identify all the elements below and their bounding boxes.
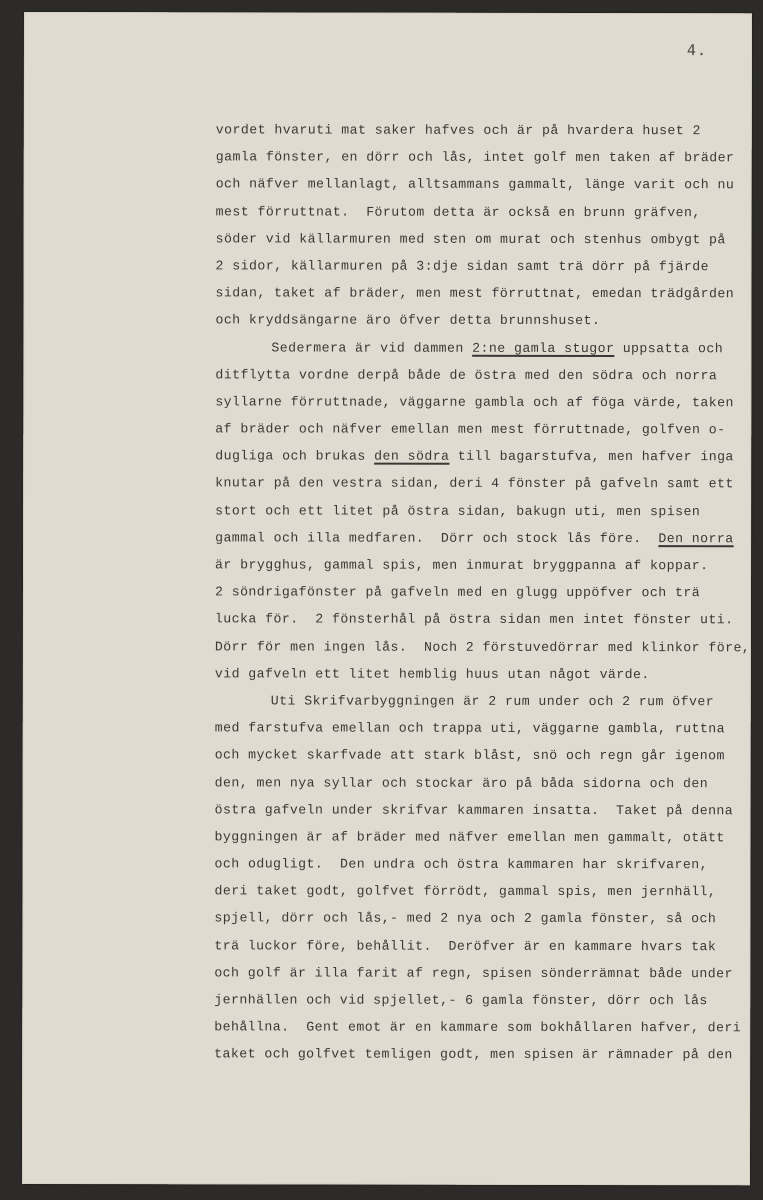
text-line: gamla fönster, en dörr och lås, intet go… [216,144,756,172]
text-line: och odugligt. Den undra och östra kammar… [214,850,754,878]
text-segment: uppsatta och [614,341,723,356]
text-line: 2 söndrigafönster på gafveln med en glug… [215,579,755,607]
text-line: vid gafveln ett litet hemblig huus utan … [215,660,755,688]
page-number: 4. [687,41,707,59]
text-line: den, men nya syllar och stockar äro på b… [215,769,755,797]
text-line: 2 sidor, källarmuren på 3:dje sidan samt… [216,252,756,280]
text-line: och näfver mellanlagt, alltsammans gamma… [216,171,756,199]
typewritten-body: vordet hvaruti mat saker hafves och är p… [214,116,756,1069]
text-line: mest förruttnat. Förutom detta är också … [216,198,756,226]
text-line: taket och golfvet temligen godt, men spi… [214,1041,754,1069]
text-line: byggningen är af bräder med näfver emell… [215,823,755,851]
text-line: östra gafveln under skrifvar kammaren in… [215,796,755,824]
text-line: med farstufva emellan och trappa uti, vä… [215,714,755,742]
text-line: af bräder och näfver emellan men mest fö… [215,415,755,443]
text-line: Dörr för men ingen lås. Noch 2 förstuved… [215,633,755,661]
text-line: ditflytta vordne derpå både de östra med… [215,361,755,389]
text-line: syllarne förruttnade, väggarne gambla oc… [215,388,755,416]
text-segment: gammal och illa medfaren. Dörr och stock… [215,530,658,546]
text-line: trä luckor före, behållit. Deröfver är e… [214,932,754,960]
text-line: jernhällen och vid spjellet,- 6 gamla fö… [214,986,754,1014]
text-line: och golf är illa farit af regn, spisen s… [214,959,754,987]
underlined-phrase: Den norra [658,531,733,546]
text-segment: Sedermera är vid dammen [271,340,472,355]
text-line: vordet hvaruti mat saker hafves och är p… [216,116,756,144]
text-line: lucka för. 2 fönsterhål på östra sidan m… [215,606,755,634]
text-line: dugliga och brukas den södra till bagars… [215,443,755,471]
text-line: är brygghus, gammal spis, men inmurat br… [215,551,755,579]
text-line: stort och ett litet på östra sidan, baku… [215,497,755,525]
scan-background: 4. vordet hvaruti mat saker hafves och ä… [0,0,763,1200]
underlined-phrase: den södra [374,449,449,464]
paragraph-start-line: Sedermera är vid dammen 2:ne gamla stugo… [215,334,755,362]
underlined-phrase: 2:ne gamla stugor [472,340,614,355]
text-line: deri taket godt, golfvet förrödt, gammal… [214,878,754,906]
text-line: gammal och illa medfaren. Dörr och stock… [215,524,755,552]
text-line: knutar på den vestra sidan, deri 4 fönst… [215,470,755,498]
text-line: behållna. Gent emot är en kammare som bo… [214,1014,754,1042]
text-line: söder vid källarmuren med sten om murat … [216,225,756,253]
text-segment: dugliga och brukas [215,449,374,464]
document-page: 4. vordet hvaruti mat saker hafves och ä… [22,12,752,1185]
text-segment: till bagarstufva, men hafver inga [449,449,733,464]
text-line: och mycket skarfvade att stark blåst, sn… [215,742,755,770]
text-line: spjell, dörr och lås,- med 2 nya och 2 g… [214,905,754,933]
text-line: sidan, taket af bräder, men mest förrutt… [215,279,755,307]
text-line: och kryddsängarne äro öfver detta brunns… [215,307,755,335]
paragraph-start-line: Uti Skrifvarbyggningen är 2 rum under oc… [215,687,755,715]
